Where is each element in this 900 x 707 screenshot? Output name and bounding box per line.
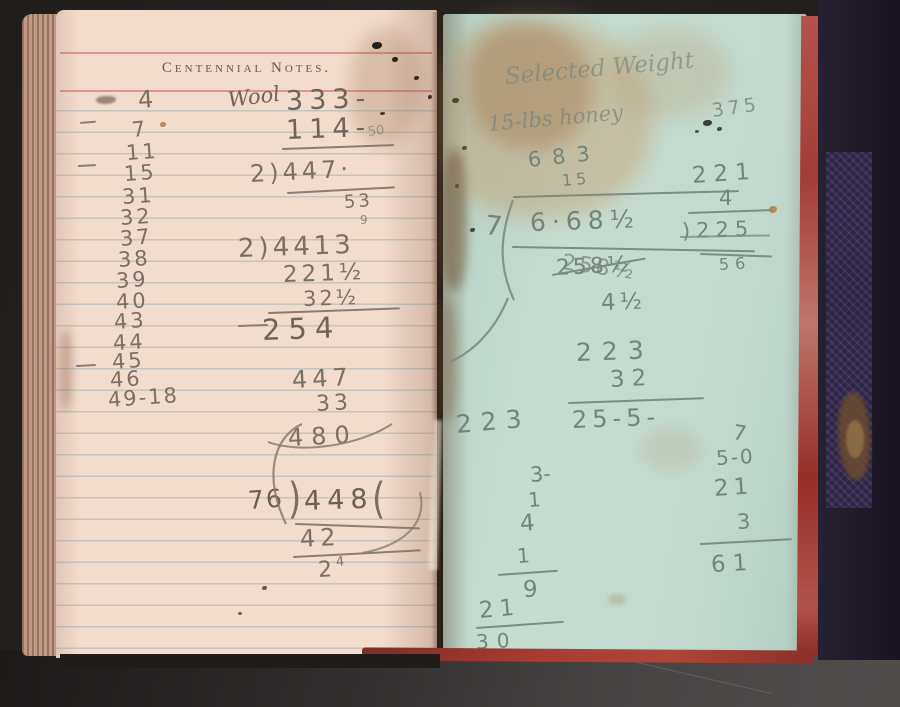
calc-line-small: 50 [367, 124, 385, 139]
dividend: 448 [304, 486, 374, 515]
calc-line: 5-0 [715, 446, 755, 468]
dividend: 6·68½ [530, 206, 641, 235]
ledger-number: 49-18 [107, 385, 179, 411]
calc-line: 1 [527, 489, 541, 510]
calc-line: 480 [287, 422, 358, 450]
ledger-number: 7 [131, 119, 146, 141]
close-bracket: ( [372, 478, 385, 521]
stain [60, 330, 72, 410]
ledger-number: 4 [137, 87, 154, 112]
divisor: 7 [484, 212, 504, 241]
left-page-edges [22, 14, 58, 656]
calc-line: 3 [736, 511, 750, 533]
addend: 32 [609, 367, 653, 392]
quotient: 4½ [601, 290, 647, 315]
stain [439, 300, 457, 420]
divisor: 76 [247, 486, 284, 513]
calc-line: 447 [291, 365, 353, 392]
stain [441, 150, 467, 290]
calc-line: 4 [719, 188, 732, 209]
calc-line: 2)4413 [238, 232, 356, 262]
calc-line: 42 [299, 525, 341, 551]
calc-line: 1 [516, 545, 530, 566]
ledger-number: 15 [123, 162, 157, 185]
calc-line: )225 [682, 218, 755, 242]
calc-line-small: 9 [360, 214, 368, 226]
calc-line: 4 [519, 512, 535, 536]
open-bracket: ) [288, 478, 301, 521]
sum-result: 61 [710, 552, 754, 577]
sum-result: 25-5- [572, 405, 661, 432]
calc-line: 32½ [303, 287, 360, 310]
addend: 223 [576, 337, 655, 365]
calc-line: 21 [478, 596, 521, 623]
left-page-under-shadow [60, 654, 440, 668]
stain [640, 428, 702, 470]
calc-result: 254 [261, 313, 341, 345]
calc-line: 56 [719, 255, 752, 273]
page-edge-streaks [22, 14, 58, 656]
calc-line: 21 [713, 475, 754, 501]
calc-line: 53 [343, 192, 373, 212]
calc-line: 15 [561, 171, 591, 189]
side-value: 223 [455, 406, 532, 437]
calc-line: 2)447· [249, 157, 352, 186]
cover-worn-spot-core [846, 420, 864, 458]
calc-line-sup: 4 [335, 555, 345, 569]
calc-line: 114- [286, 114, 372, 144]
sum-result: 9 [523, 578, 538, 601]
notebook-photo: Centennial Notes. 4 7 11 15 31 32 37 38 … [0, 0, 900, 707]
calc-line: 221 [691, 161, 757, 188]
calc-line: 33 [315, 392, 352, 416]
calc-line: 2 [317, 559, 332, 582]
calc-line: 3- [529, 464, 551, 486]
calc-line: 333- [286, 85, 372, 115]
calc-line: 221½ [283, 261, 366, 287]
stain [608, 594, 626, 605]
